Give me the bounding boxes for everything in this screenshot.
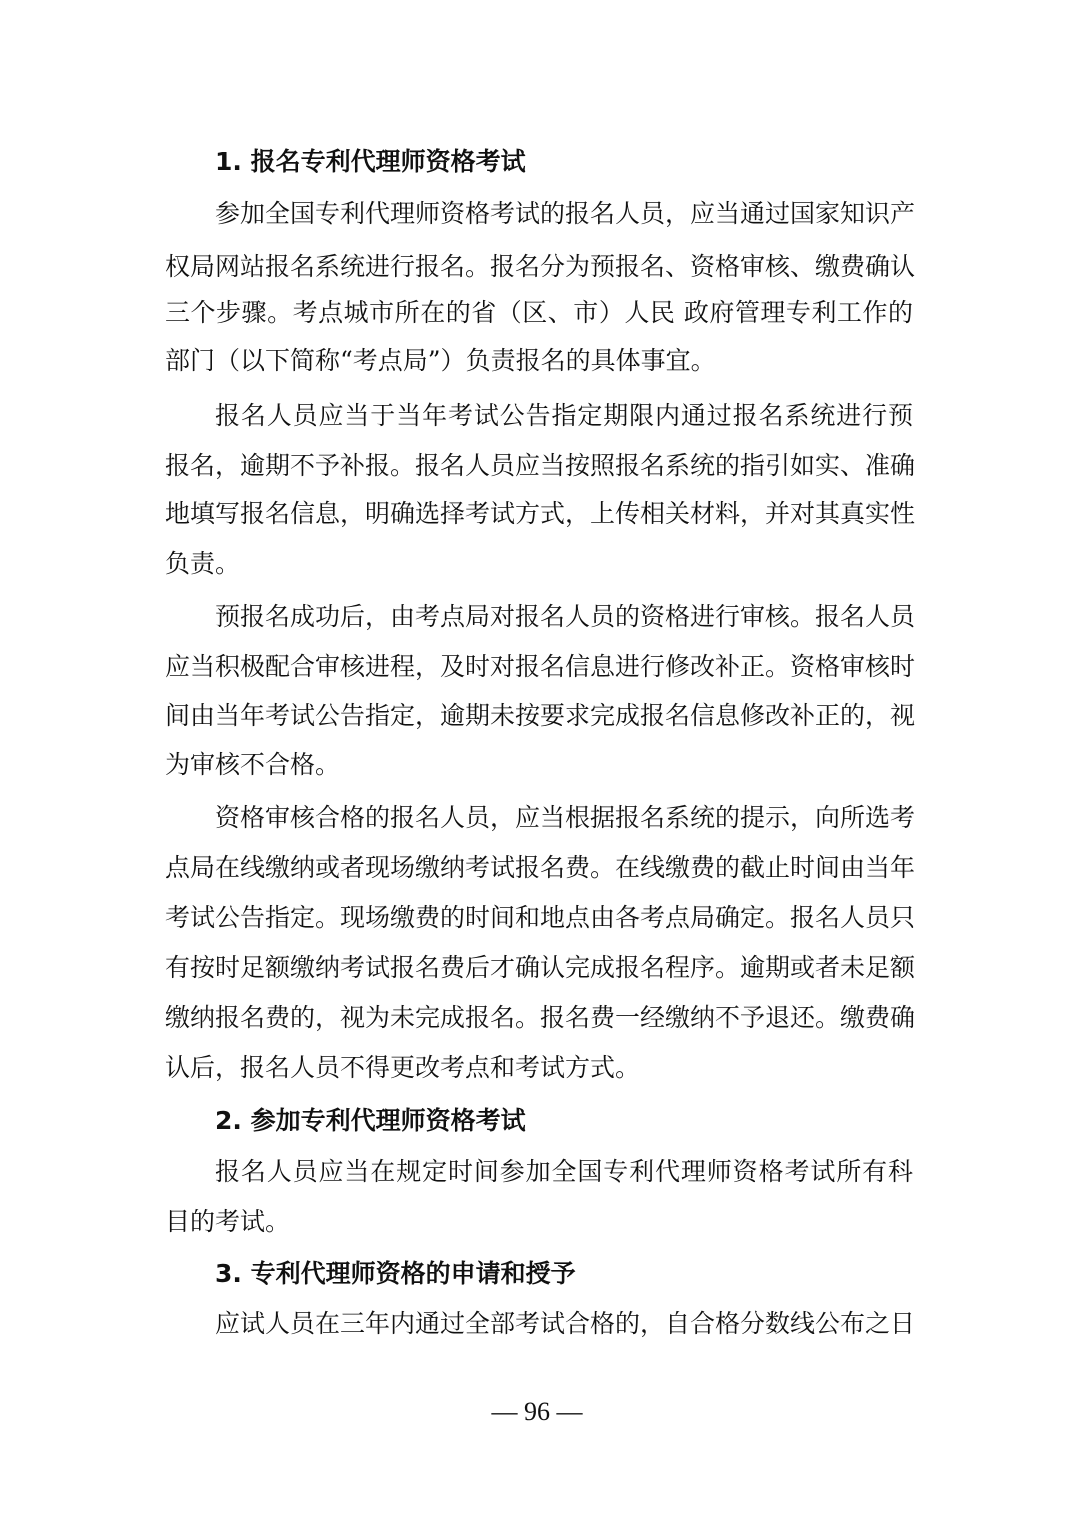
paragraph-line: 部门（以下简称“考点局”）负责报名的具体事宜。 <box>165 346 913 376</box>
paragraph-line: 地填写报名信息，明确选择考试方式，上传相关材料，并对其真实性 <box>165 499 913 529</box>
paragraph-line: 间由当年考试公告指定，逾期未按要求完成报名信息修改补正的，视 <box>165 701 913 731</box>
paragraph-line: 有按时足额缴纳考试报名费后才确认完成报名程序。逾期或者未足额 <box>165 953 913 983</box>
paragraph-line: 预报名成功后，由考点局对报名人员的资格进行审核。报名人员 <box>215 602 913 632</box>
section-heading-3: 3. 专利代理师资格的申请和授予 <box>215 1259 576 1289</box>
section-heading-2: 2. 参加专利代理师资格考试 <box>215 1106 526 1136</box>
paragraph-line: 报名，逾期不予补报。报名人员应当按照报名系统的指引如实、准确 <box>165 451 913 481</box>
paragraph-line: 认后，报名人员不得更改考点和考试方式。 <box>165 1053 913 1083</box>
paragraph-line: 点局在线缴纳或者现场缴纳考试报名费。在线缴费的截止时间由当年 <box>165 853 913 883</box>
paragraph-line: 目的考试。 <box>165 1207 913 1237</box>
paragraph-line: 报名人员应当在规定时间参加全国专利代理师资格考试所有科 <box>215 1157 913 1187</box>
paragraph-line: 应试人员在三年内通过全部考试合格的，自合格分数线公布之日 <box>215 1309 913 1339</box>
paragraph-line: 权局网站报名系统进行报名。报名分为预报名、资格审核、缴费确认 <box>165 252 913 282</box>
paragraph-line: 负责。 <box>165 549 913 579</box>
paragraph-line: 缴纳报名费的，视为未完成报名。报名费一经缴纳不予退还。缴费确 <box>165 1003 913 1033</box>
paragraph-line: 为审核不合格。 <box>165 750 913 780</box>
paragraph-line: 考试公告指定。现场缴费的时间和地点由各考点局确定。报名人员只 <box>165 903 913 933</box>
page-number: — 96 — <box>0 1397 1074 1427</box>
document-page: 1. 报名专利代理师资格考试 参加全国专利代理师资格考试的报名人员，应当通过国家… <box>0 0 1074 1520</box>
paragraph-line: 三个步骤。考点城市所在的省（区、市）人民 政府管理专利工作的 <box>165 298 913 328</box>
paragraph-line: 参加全国专利代理师资格考试的报名人员，应当通过国家知识产 <box>215 199 913 229</box>
paragraph-line: 资格审核合格的报名人员，应当根据报名系统的提示，向所选考 <box>215 803 913 833</box>
paragraph-line: 报名人员应当于当年考试公告指定期限内通过报名系统进行预 <box>215 401 913 431</box>
paragraph-line: 应当积极配合审核进程，及时对报名信息进行修改补正。资格审核时 <box>165 652 913 682</box>
section-heading-1: 1. 报名专利代理师资格考试 <box>215 147 526 177</box>
